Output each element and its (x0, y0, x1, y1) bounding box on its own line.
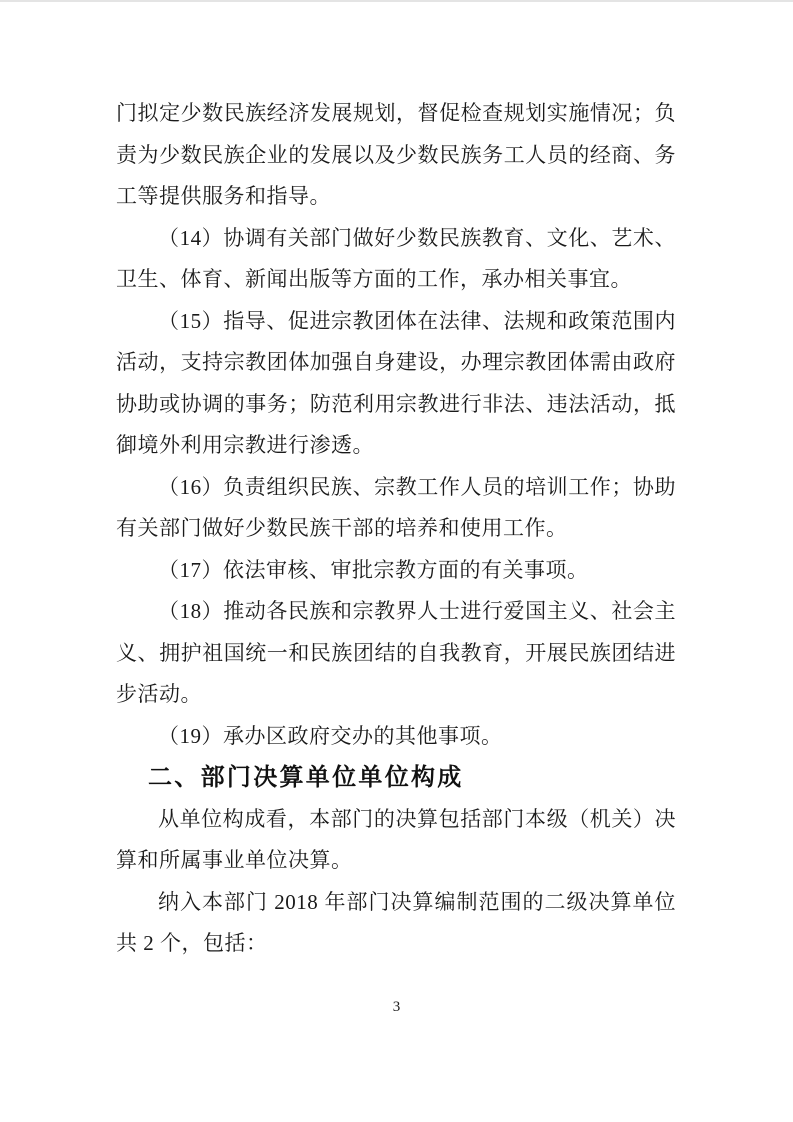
text-line: （14）协调有关部门做好少数民族教育、文化、艺术、 (116, 218, 676, 260)
section-heading: 二、部门决算单位单位构成 (116, 757, 676, 799)
text-line: 义、拥护祖国统一和民族团结的自我教育，开展民族团结进 (116, 633, 676, 675)
text-line: （15）指导、促进宗教团体在法律、法规和政策范围内 (116, 301, 676, 343)
text-line: 共 2 个，包括： (116, 923, 676, 965)
text-line: 御境外利用宗教进行渗透。 (116, 425, 676, 467)
text-line: 从单位构成看，本部门的决算包括部门本级（机关）决 (116, 799, 676, 841)
text-line: 步活动。 (116, 674, 676, 716)
text-line: 工等提供服务和指导。 (116, 176, 676, 218)
document-page: 门拟定少数民族经济发展规划，督促检查规划实施情况；负责为少数民族企业的发展以及少… (0, 0, 793, 1122)
text-line: （17）依法审核、审批宗教方面的有关事项。 (116, 550, 676, 592)
text-line: 有关部门做好少数民族干部的培养和使用工作。 (116, 508, 676, 550)
text-line: 算和所属事业单位决算。 (116, 840, 676, 882)
text-line: 责为少数民族企业的发展以及少数民族务工人员的经商、务 (116, 135, 676, 177)
text-line: 纳入本部门 2018 年部门决算编制范围的二级决算单位 (116, 882, 676, 924)
text-block: 门拟定少数民族经济发展规划，督促检查规划实施情况；负责为少数民族企业的发展以及少… (116, 93, 676, 965)
text-line: （19）承办区政府交办的其他事项。 (116, 716, 676, 758)
text-line: 活动，支持宗教团体加强自身建设，办理宗教团体需由政府 (116, 342, 676, 384)
text-line: 卫生、体育、新闻出版等方面的工作，承办相关事宜。 (116, 259, 676, 301)
text-line: （18）推动各民族和宗教界人士进行爱国主义、社会主 (116, 591, 676, 633)
text-line: 协助或协调的事务；防范利用宗教进行非法、违法活动，抵 (116, 384, 676, 426)
page-number: 3 (0, 999, 793, 1016)
text-line: 门拟定少数民族经济发展规划，督促检查规划实施情况；负 (116, 93, 676, 135)
text-line: （16）负责组织民族、宗教工作人员的培训工作；协助 (116, 467, 676, 509)
